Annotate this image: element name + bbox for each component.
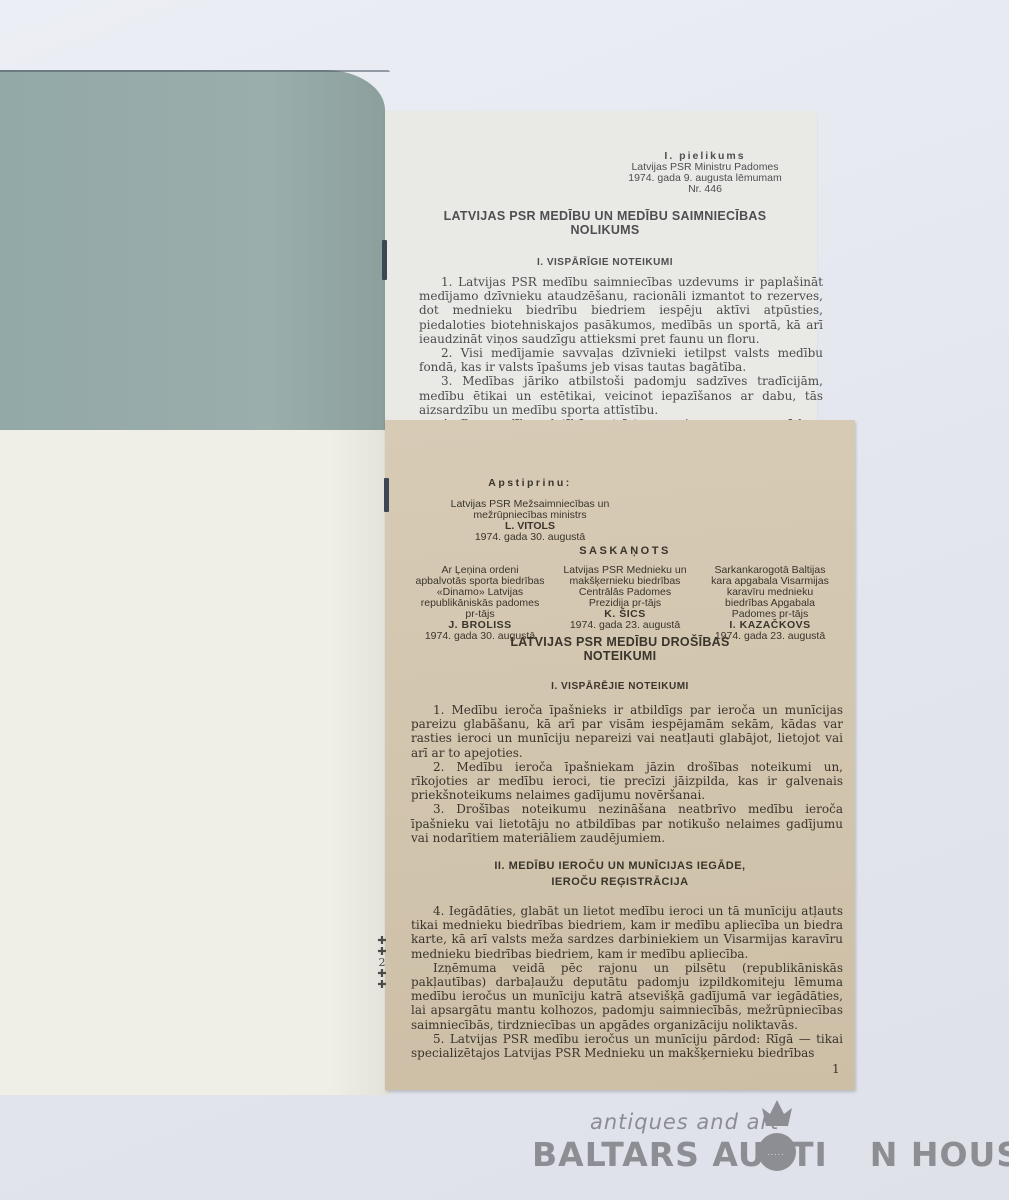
paragraph: 1. Latvijas PSR medību saimniecības uzde… [419,275,823,346]
watermark-tagline: antiques and art [590,1110,779,1134]
back-booklet-cover [0,70,385,432]
page-number: 1 [832,1062,840,1076]
document-title: LATVIJAS PSR MEDĪBU DROŠĪBAS NOTEIKUMI [415,635,825,663]
paragraph: Izņēmuma veidā pēc rajonu un pilsētu (re… [411,961,843,1032]
signatories: Ar Ļeņina ordeni apbalvotās sporta biedr… [415,565,835,642]
paragraph: 5. Latvijas PSR medību ieročus un munīci… [411,1032,843,1060]
paragraph: 4. Iegādāties, glabāt un lietot medību i… [411,904,843,961]
paragraph: 2. Visi medījamie savvaļas dzīvnieki iet… [419,346,823,374]
front-booklet-page: Apstiprinu: Latvijas PSR Mežsaimniecības… [385,420,855,1090]
front-booklet-cover [0,430,390,1095]
cover-edge [0,70,390,72]
document-title: LATVIJAS PSR MEDĪBU UN MEDĪBU SAIMNIECĪB… [415,209,795,237]
section-heading: I. VISPĀRĒJIE NOTEIKUMI [415,681,825,692]
paragraph: 3. Medības jāriko atbilstoši padomju sad… [419,374,823,417]
section-heading: I. VISPĀRĪGIE NOTEIKUMI [415,257,795,268]
spine-mark [384,478,389,512]
signature-mark: ✚ ✚ 2 ✚ ✚ [375,935,389,990]
cross-ornament-icon: ✚ [375,979,389,990]
section2-body: 4. Iegādāties, glabāt un lietot medību i… [411,904,843,1060]
section-heading: II. MEDĪBU IEROČU UN MUNĪCIJAS IEGĀDE, I… [415,858,825,890]
crown-icon [760,1100,794,1126]
signatory: Ar Ļeņina ordeni apbalvotās sporta biedr… [415,565,545,642]
back-booklet-page: I. pielikums Latvijas PSR Ministru Padom… [385,111,817,433]
paragraph: 1. Medību ieroča īpašnieks ir atbildīgs … [411,703,843,760]
agreed-label: SASKAŅOTS [535,545,715,557]
signatory: Sarkankarogotā Baltijas kara apgabala Vi… [705,565,835,642]
spine-mark [382,240,387,280]
section1-body: 1. Medību ieroča īpašnieks ir atbildīgs … [411,703,843,845]
paragraph: 3. Drošības noteikumu nezināšana neatbrī… [411,802,843,845]
paragraph: 2. Medību ieroča īpašniekam jāzin drošīb… [411,760,843,803]
signatory: Latvijas PSR Mednieku un makšķernieku bi… [560,565,690,642]
annex-header: I. pielikums Latvijas PSR Ministru Padom… [605,151,805,195]
auction-house-watermark: antiques and art BALTARS AUCTIN HOUSE ..… [520,1110,940,1200]
approval-block: Apstiprinu: Latvijas PSR Mežsaimniecības… [425,478,635,543]
